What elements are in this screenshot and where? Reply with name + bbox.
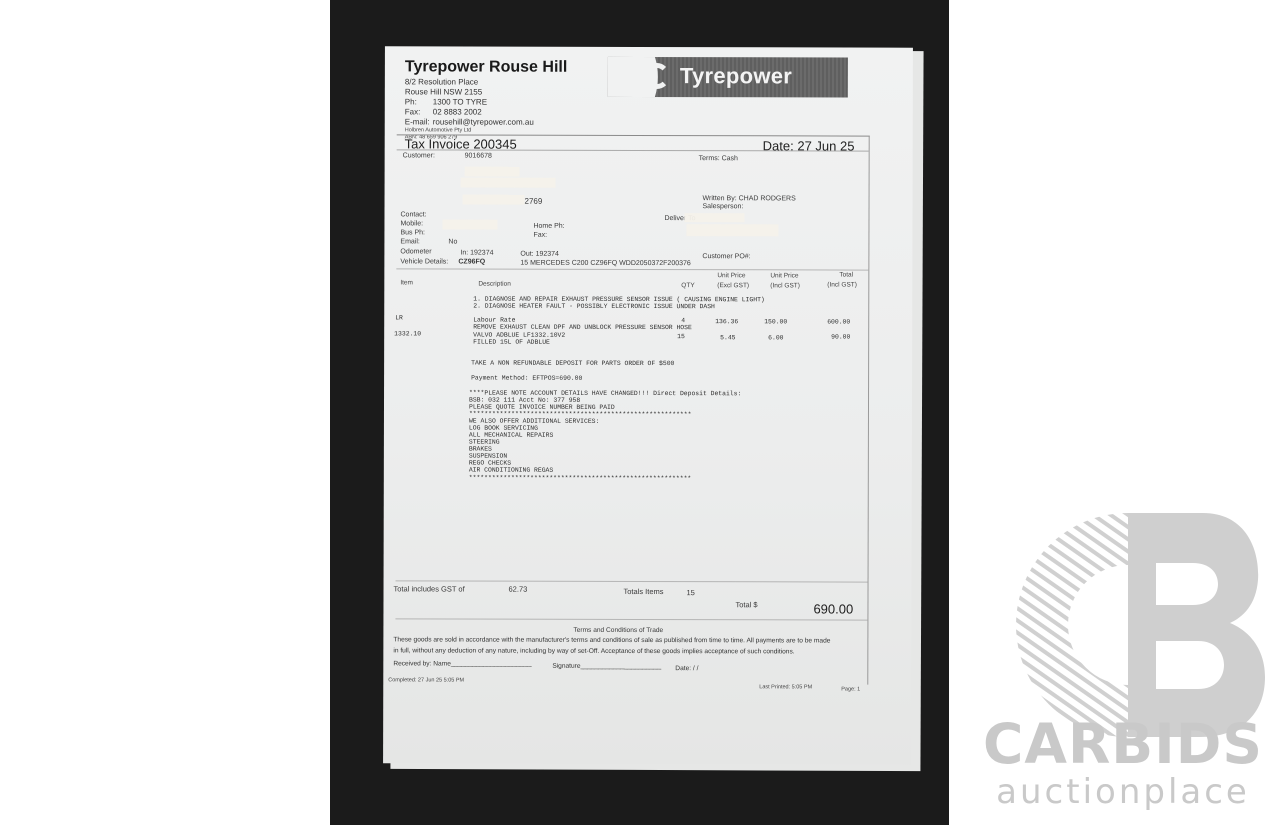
address-line2: Rouse Hill NSW 2155 <box>405 87 482 96</box>
job-note: 2. DIAGNOSE HEATER FAULT - POSSIBLY ELEC… <box>473 303 715 311</box>
row-item: LR <box>395 314 403 321</box>
watermark-tagline: auctionplace <box>978 772 1268 812</box>
row-unit-incl: 150.00 <box>764 318 787 325</box>
col-total-sub: (Incl GST) <box>827 281 857 288</box>
email-label: E-mail: <box>405 117 430 126</box>
salesperson-label: Salesperson: <box>703 203 744 210</box>
mobile-label: Mobile: <box>400 220 423 227</box>
redaction-tape <box>465 167 520 177</box>
row-unit-excl: 136.36 <box>715 318 738 325</box>
bus-ph-label: Bus Ph: <box>400 229 425 236</box>
total-value: 690.00 <box>813 601 853 616</box>
redaction-tape <box>684 213 744 222</box>
vehicle-rego: CZ96FQ <box>458 259 485 266</box>
redaction-tape <box>463 195 525 205</box>
gst-label: Total includes GST of <box>394 584 465 593</box>
phone: 1300 TO TYRE <box>433 97 487 106</box>
row-total: 600.00 <box>827 318 850 325</box>
odometer-in: In: 192374 <box>460 250 493 257</box>
row-note: REMOVE EXHAUST CLEAN DPF AND UNBLOCK PRE… <box>473 324 692 332</box>
total-items-label: Totals Items <box>624 587 664 596</box>
date-line: Date: / / <box>675 665 698 672</box>
fax: 02 8883 2002 <box>433 107 482 116</box>
home-ph-label: Home Ph: <box>533 223 564 230</box>
odometer-out: Out: 192374 <box>520 251 559 258</box>
row-note: FILLED 15L OF ADBLUE <box>473 339 550 347</box>
vehicle-description: 15 MERCEDES C200 CZ96FQ WDD2050372F20037… <box>520 260 690 267</box>
last-printed: Last Printed: 5:05 PM <box>759 684 812 690</box>
watermark-brand: CARBIDS <box>978 712 1268 776</box>
payment-method: Payment Method: EFTPOS=690.00 <box>471 375 582 383</box>
table-row: 1332.10 VALVO ADBLUE LF1332.10V2 15 5.45… <box>385 46 913 47</box>
email-field-value: No <box>448 238 457 245</box>
redaction-tape <box>686 224 778 236</box>
service-item: AIR CONDITIONING REGAS <box>469 467 553 475</box>
terms-line: in full, without any deduction of any na… <box>393 647 794 655</box>
vehicle-label: Vehicle Details: <box>400 258 448 265</box>
customer-po-label: Customer PO#: <box>702 253 750 260</box>
row-item: 1332.10 <box>394 330 421 337</box>
address-line1: 8/2 Resolution Place <box>405 77 478 86</box>
col-item: Item <box>400 279 413 286</box>
fax-label: Fax: <box>405 107 421 116</box>
table-row: LR Labour Rate 4 136.36 150.00 600.00 RE… <box>385 46 913 47</box>
col-unit-incl-sub: (Incl GST) <box>770 282 800 289</box>
gst-value: 62.73 <box>509 585 528 594</box>
odometer-label: Odometer <box>400 248 431 255</box>
tyrepower-logo: Tyrepower <box>608 57 848 98</box>
col-description: Description <box>478 281 511 288</box>
partial-postcode: 2769 <box>525 197 543 206</box>
fax-field-label: Fax: <box>533 232 547 239</box>
invoice-photo: Tyrepower Rouse Hill 8/2 Resolution Plac… <box>330 0 949 825</box>
completed-timestamp: Completed: 27 Jun 25 5:05 PM <box>388 677 464 683</box>
terms-line: These goods are sold in accordance with … <box>393 636 830 644</box>
col-unit-incl: Unit Price <box>770 272 798 279</box>
total-items-value: 15 <box>686 588 694 597</box>
email: rousehill@tyrepower.com.au <box>433 117 534 126</box>
redaction-tape <box>442 219 497 229</box>
invoice-frame <box>395 134 869 684</box>
received-by: Received by: Name______________________ <box>393 660 531 667</box>
logo-text: Tyrepower <box>680 63 792 89</box>
row-unit-excl: 5.45 <box>720 334 735 341</box>
tyre-ring-icon <box>644 63 670 89</box>
stars-divider: ****************************************… <box>469 475 691 483</box>
col-unit-excl-sub: (Excl GST) <box>717 282 749 289</box>
total-label: Total $ <box>735 600 757 609</box>
contact-label: Contact: <box>400 211 426 218</box>
row-total: 90.00 <box>831 333 850 340</box>
terms: Terms: Cash <box>699 155 738 162</box>
invoice-title: Tax Invoice 200345 <box>405 136 517 151</box>
invoice-sheet: Tyrepower Rouse Hill 8/2 Resolution Plac… <box>383 46 913 764</box>
row-qty: 15 <box>677 333 685 340</box>
email-field-label: Email: <box>400 238 419 245</box>
business-name: Tyrepower Rouse Hill <box>405 58 567 76</box>
terms-title: Terms and Conditions of Trade <box>573 627 663 634</box>
col-total: Total <box>839 272 853 279</box>
col-qty: QTY <box>681 282 694 289</box>
page-number: Page: 1 <box>841 687 860 693</box>
customer-label: Customer: <box>403 152 435 159</box>
customer-number: 9016678 <box>465 153 492 160</box>
signature-line: Signature______________________ <box>552 663 661 670</box>
row-unit-incl: 6.00 <box>768 334 783 341</box>
invoice-date: Date: 27 Jun 25 <box>763 138 855 153</box>
phone-label: Ph: <box>405 97 417 106</box>
deposit-note: TAKE A NON REFUNDABLE DEPOSIT FOR PARTS … <box>471 360 674 368</box>
redaction-tape <box>461 178 556 188</box>
written-by: Written By: CHAD RODGERS <box>703 195 796 202</box>
col-unit-excl: Unit Price <box>717 272 745 279</box>
entity-name: Holbren Automotive Pty Ltd <box>405 127 472 133</box>
